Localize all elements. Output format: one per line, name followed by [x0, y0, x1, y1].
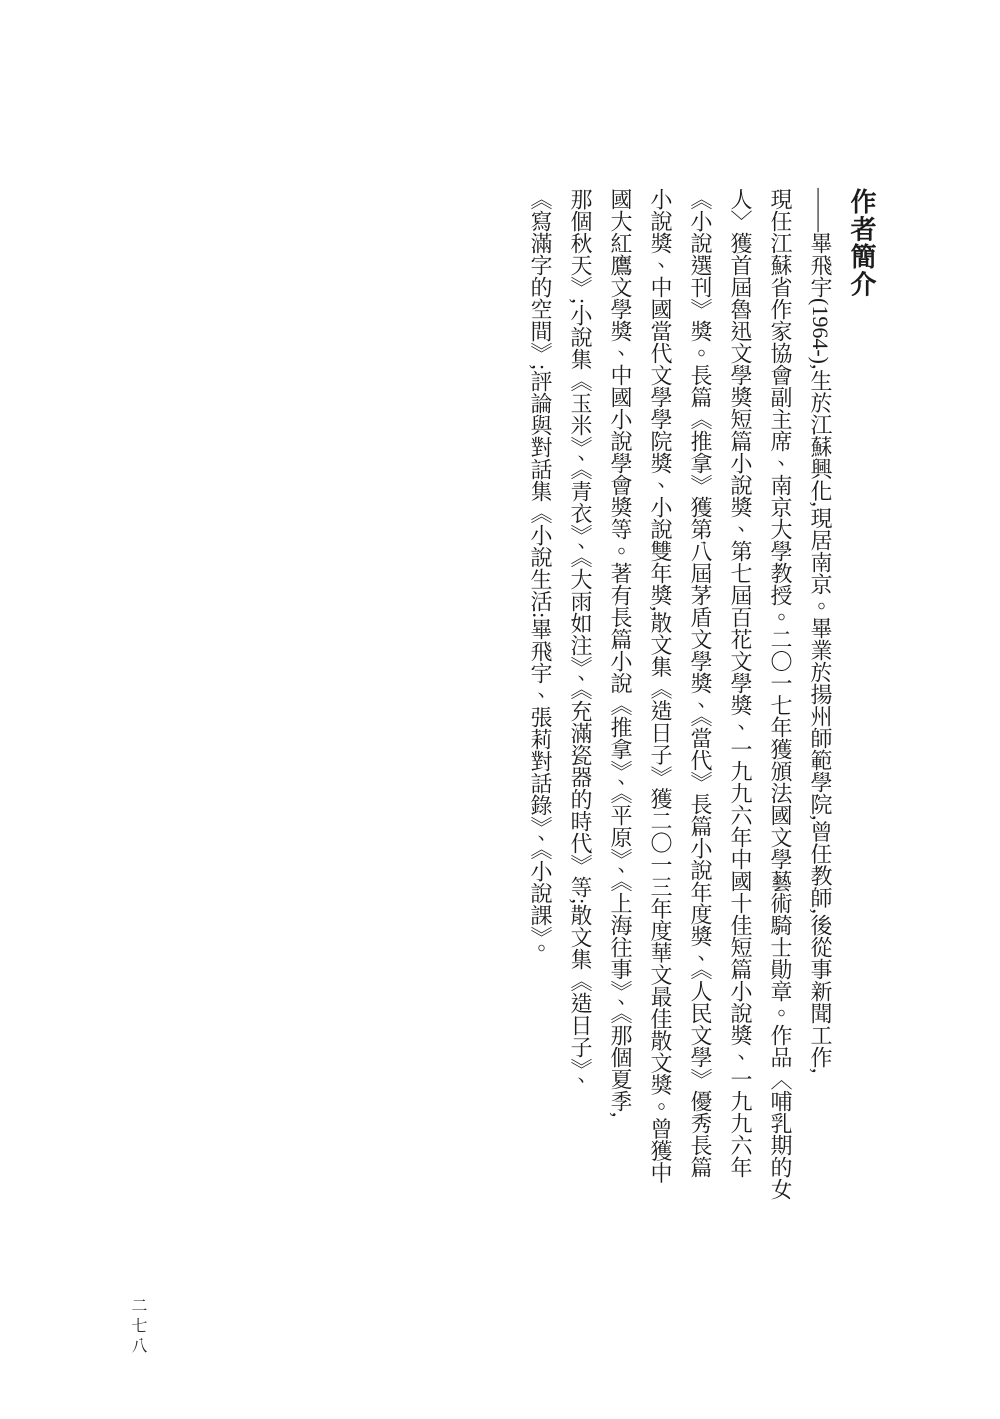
bio-column-4: 《小說選刊》獎。長篇《推拿》獲第八屆茅盾文學獎、《當代》長篇小說年度獎、《人民文… — [680, 188, 720, 1213]
bio-column-2: 現任江蘇省作家協會副主席、南京大學教授。二〇一七年獲頒法國文學藝術騎士勛章。作品… — [760, 188, 800, 1213]
page-title: 作者簡介 — [840, 188, 882, 1213]
page-number: 二七八 — [126, 1297, 149, 1357]
author-bio-block: 作者簡介 ——畢飛宇(1964-),生於江蘇興化,現居南京。畢業於揚州師範學院,… — [520, 188, 882, 1213]
bio-column-5: 小說獎、中國當代文學學院獎、小說雙年獎,散文集《造日子》獲二〇一三年度華文最佳散… — [640, 188, 680, 1213]
bio-column-8: 《寫滿字的空間》;評論與對話集《小說生活:畢飛宇、張莉對話錄》、《小說課》。 — [520, 188, 560, 1213]
bio-column-1: ——畢飛宇(1964-),生於江蘇興化,現居南京。畢業於揚州師範學院,曾任教師,… — [800, 188, 840, 1213]
bio-column-7: 那個秋天》;小說集《玉米》、《青衣》、《大雨如注》、《充滿瓷器的時代》等;散文集… — [560, 188, 600, 1213]
bio-column-6: 國大紅鷹文學獎、中國小說學會獎等。著有長篇小說《推拿》、《平原》、《上海往事》、… — [600, 188, 640, 1213]
bio-column-3: 人〉獲首屆魯迅文學獎短篇小說獎、第七屆百花文學獎、一九九六年中國十佳短篇小說獎、… — [720, 188, 760, 1213]
book-page: 作者簡介 ——畢飛宇(1964-),生於江蘇興化,現居南京。畢業於揚州師範學院,… — [0, 0, 1000, 1419]
